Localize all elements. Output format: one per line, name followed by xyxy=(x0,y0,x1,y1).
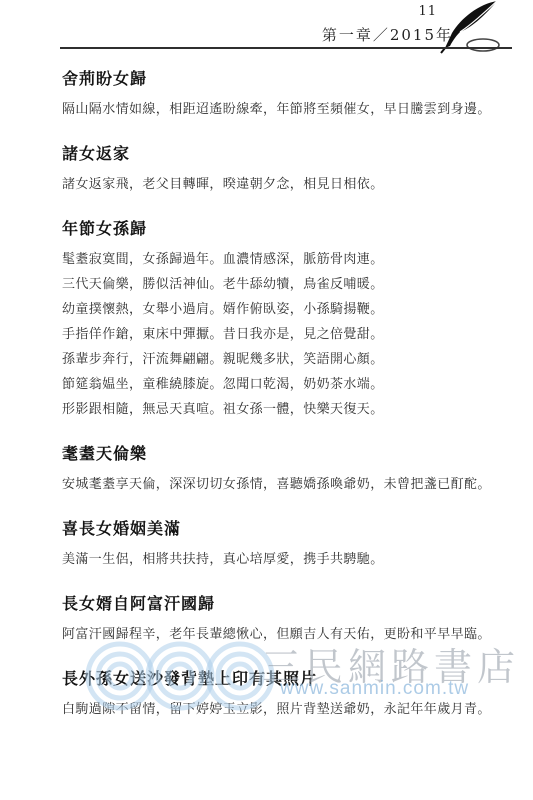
section-heading: 長女婿自阿富汗國歸 xyxy=(62,595,513,615)
poem-line: 諸女返家飛，老父目轉暉，暌違朝夕念，相見日相依。 xyxy=(62,172,513,197)
quill-pen-icon xyxy=(427,0,505,54)
poem-line: 節筵翁媪坐，童稚繞膝旋。忽聞口乾渴，奶奶茶水端。 xyxy=(62,372,513,397)
poem-section: 耄耋天倫樂 安城耄耋享天倫，深深切切女孫情，喜聽嬌孫喚爺奶，未曾把盞已酊酡。 xyxy=(62,445,513,497)
poem-line: 三代天倫樂，勝似活神仙。老牛舔幼犢，鳥雀反哺暖。 xyxy=(62,272,513,297)
poem-line: 孫輩步奔行，汗流舞翩翩。親昵幾多狀，笑語開心顏。 xyxy=(62,347,513,372)
poem-section: 長女婿自阿富汗國歸 阿富汗國歸程辛，老年長輩總愀心，但願吉人有天佑，更盼和平早早… xyxy=(62,595,513,647)
poem-line: 髦耋寂寞間，女孫歸過年。血濃情感深，脈筋骨肉連。 xyxy=(62,247,513,272)
poem-section: 年節女孫歸 髦耋寂寞間，女孫歸過年。血濃情感深，脈筋骨肉連。 三代天倫樂，勝似活… xyxy=(62,220,513,422)
poem-line: 隔山隔水情如線，相距迢遙盼線牽，年節將至頻催女，早日騰雲到身邊。 xyxy=(62,97,513,122)
poem-line: 形影跟相隨，無忌天真喧。祖女孫一體，快樂天復天。 xyxy=(62,397,513,422)
section-heading: 諸女返家 xyxy=(62,145,513,165)
section-heading: 喜長女婚姻美滿 xyxy=(62,520,513,540)
section-heading: 長外孫女送沙發背墊上印有其照片 xyxy=(62,670,513,690)
poem-line: 手指佯作鎗，東床中彈擫。昔日我亦是，見之倍覺甜。 xyxy=(62,322,513,347)
section-heading: 年節女孫歸 xyxy=(62,220,513,240)
poem-section: 長外孫女送沙發背墊上印有其照片 白駒過隙不留情，留下婷婷玉立影，照片背墊送爺奶，… xyxy=(62,670,513,722)
poem-line: 阿富汗國歸程辛，老年長輩總愀心，但願吉人有天佑，更盼和平早早臨。 xyxy=(62,622,513,647)
poem-line: 安城耄耋享天倫，深深切切女孫情，喜聽嬌孫喚爺奶，未曾把盞已酊酡。 xyxy=(62,472,513,497)
book-page-content: 舍荊盼女歸 隔山隔水情如線，相距迢遙盼線牽，年節將至頻催女，早日騰雲到身邊。 諸… xyxy=(62,70,513,745)
header-divider xyxy=(60,47,512,49)
poem-line: 幼童撲懷熱，女舉小過肩。婿作俯臥姿，小孫騎揚鞭。 xyxy=(62,297,513,322)
section-heading: 耄耋天倫樂 xyxy=(62,445,513,465)
poem-section: 諸女返家 諸女返家飛，老父目轉暉，暌違朝夕念，相見日相依。 xyxy=(62,145,513,197)
poem-line: 白駒過隙不留情，留下婷婷玉立影，照片背墊送爺奶，永記年年歲月青。 xyxy=(62,697,513,722)
poem-section: 舍荊盼女歸 隔山隔水情如線，相距迢遙盼線牽，年節將至頻催女，早日騰雲到身邊。 xyxy=(62,70,513,122)
poem-section: 喜長女婚姻美滿 美滿一生侶，相將共扶持，真心培厚愛，携手共騁馳。 xyxy=(62,520,513,572)
poem-line: 美滿一生侶，相將共扶持，真心培厚愛，携手共騁馳。 xyxy=(62,547,513,572)
section-heading: 舍荊盼女歸 xyxy=(62,70,513,90)
